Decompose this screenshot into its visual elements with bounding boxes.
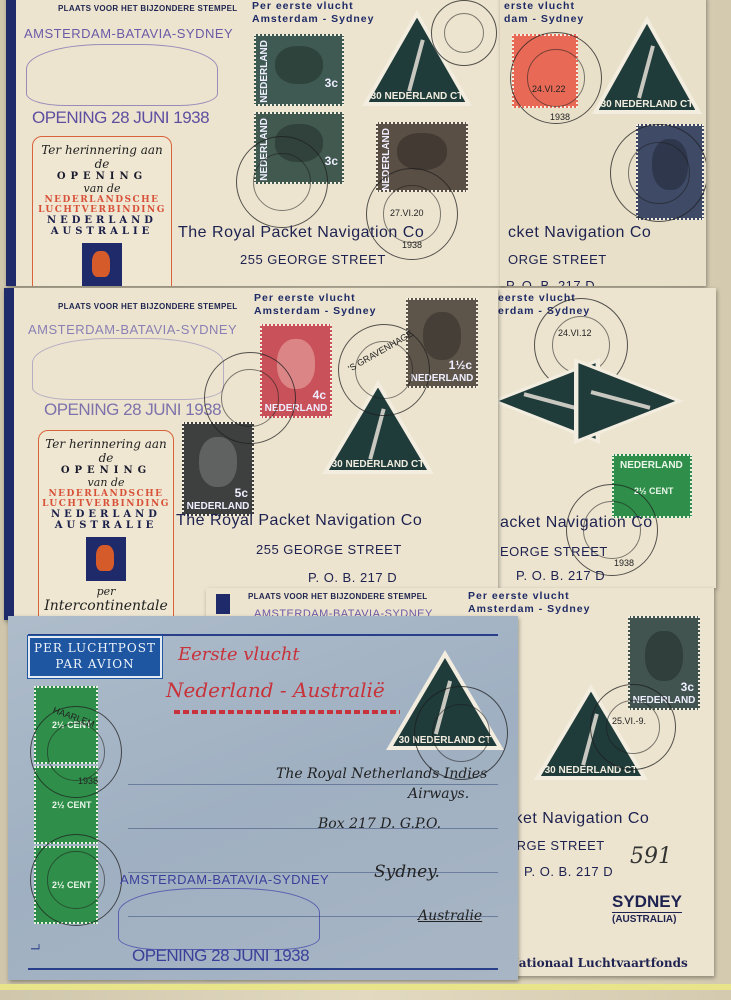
pencil-note: 591 [630,844,672,869]
postmark-year: 1938 [550,112,570,122]
album-yellow-strip [0,984,731,990]
address-line-1: The Royal Netherlands Indies [276,766,487,782]
postmark-date: 27.VI.20 [390,208,424,218]
address-line-3: Box 217 D. G.P.O. [318,816,441,832]
commemoration-box: Ter herinnering aan de OPENING van de NE… [32,136,172,286]
street: EORGE STREET [500,544,608,559]
postmark [431,0,497,66]
corner-mark: L [28,944,42,951]
lion-kangaroo-cachet [118,888,320,950]
addressee: cket Navigation Co [506,810,649,828]
postmark [30,834,122,926]
postmark [610,124,706,222]
flight-label: Per eerste vlucht Amsterdam - Sydney [252,0,374,26]
addressee: The Royal Packet Navigation Co [176,512,422,530]
special-postmark-caption: PLAATS VOOR HET BIJZONDERE STEMPEL [248,592,427,601]
cover-airmail: PER LUCHTPOST PAR AVION Eerste vlucht Ne… [8,616,518,980]
postmark-date: 25.VI.-9. [612,716,646,726]
postmark-year: 1938 [614,558,634,568]
po-box: P. O. B. 217 D [506,278,595,286]
addressee: cket Navigation Co [508,224,651,242]
border-line-bottom [28,968,498,970]
postmark [510,32,602,124]
postmark-date: 24.VI.22 [532,84,566,94]
street: ORGE STREET [506,838,605,853]
special-postmark-caption: PLAATS VOOR HET BIJZONDERE STEMPEL [58,4,237,13]
flight-label: Per eerste vlucht Amsterdam - Sydney [254,292,376,318]
cover-top-right: erste vlucht dam - Sydney 30 NEDERLAND C… [500,0,706,286]
cover-top-left: PLAATS VOOR HET BIJZONDERE STEMPEL AMSTE… [6,0,504,286]
handwritten-first-flight: Eerste vlucht [178,644,300,665]
cachet-opening-date: OPENING 28 JUNI 1938 [32,108,209,128]
address-line-5: Australie [418,908,482,924]
address-line [128,784,498,785]
flight-label: erste vlucht dam - Sydney [504,0,584,26]
dutch-lion-crest-icon [82,243,122,286]
cachet-route: AMSTERDAM-BATAVIA-SYDNEY [120,872,329,887]
po-box: P. O. B. 217 D [308,570,397,585]
cachet-opening-date: OPENING 28 JUNI 1938 [132,946,309,966]
po-box: P. O. B. 217 D [516,568,605,583]
postmark [204,352,296,444]
stamp-3c: NEDERLAND 3c [254,34,344,106]
postmark [236,136,328,228]
dutch-lion-crest-icon [86,537,126,581]
flight-label: Per eerste vlucht Amsterdam - Sydney [468,590,590,616]
addressee: acket Navigation Co [500,514,653,532]
red-underline [174,710,400,714]
address-line-2: Airways. [408,786,469,802]
addressee: The Royal Packet Navigation Co [178,224,424,242]
album-page: PLAATS VOOR HET BIJZONDERE STEMPEL AMSTE… [0,0,731,1000]
lion-kangaroo-cachet [26,44,218,106]
city: SYDNEY [612,892,682,913]
special-postmark-caption: PLAATS VOOR HET BIJZONDERE STEMPEL [58,302,237,311]
triangle-airmail-stamp: 30 NEDERLAND CT [592,16,702,114]
lion-kangaroo-cachet [32,338,224,400]
footer-imprint: t Nationaal Luchtvaartfonds [498,956,688,970]
cover-mid-left: PLAATS VOOR HET BIJZONDERE STEMPEL AMSTE… [4,288,498,620]
address-line [128,828,498,829]
cachet-route: AMSTERDAM-BATAVIA-SYDNEY [24,26,233,41]
handwritten-route: Nederland - Australië [166,678,385,702]
cover-mid-right: eerste vlucht erdam - Sydney 24.VI.12 NE… [494,288,716,588]
street: 255 GEORGE STREET [240,252,386,267]
navy-stripe [6,0,16,286]
postmark-date: 24.VI.12 [558,328,592,338]
airmail-label: PER LUCHTPOST PAR AVION [28,636,162,678]
postmark [590,684,676,770]
triangle-airmail-stamp [574,358,684,444]
street: ORGE STREET [508,252,607,267]
navy-stripe [216,594,230,614]
po-box: P. O. B. 217 D [524,864,613,879]
commemoration-box: Ter herinnering aan de OPENING van de NE… [38,430,174,620]
cachet-opening-date: OPENING 28 JUNI 1938 [44,400,221,420]
postmark-year: 1938 [78,776,98,786]
address-line-4: Sydney. [374,862,440,882]
street: 255 GEORGE STREET [256,542,402,557]
cachet-route: AMSTERDAM-BATAVIA-SYDNEY [28,322,237,337]
navy-stripe [4,288,14,620]
country: (AUSTRALIA) [612,914,676,925]
